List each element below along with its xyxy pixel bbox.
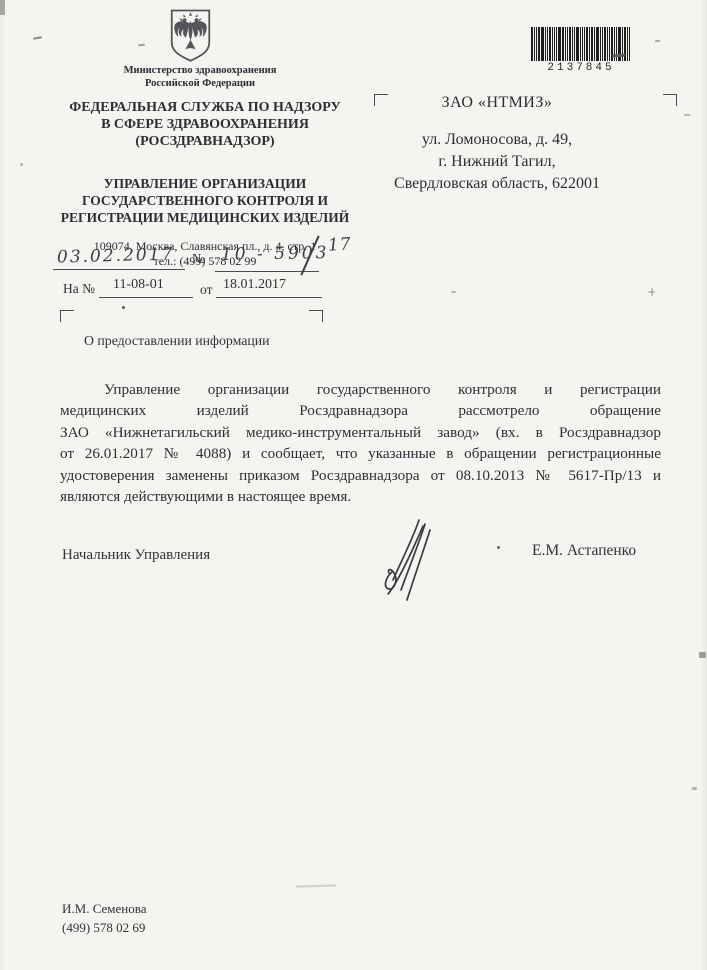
date-underline	[53, 269, 185, 270]
service-line3: (РОСЗДРАВНАДЗОР)	[40, 133, 370, 150]
ink-dot	[122, 306, 125, 309]
body-paragraph: Управление организации государственного …	[60, 379, 661, 507]
reference-date-underline	[216, 297, 322, 298]
department-line3: РЕГИСТРАЦИИ МЕДИЦИНСКИХ ИЗДЕЛИЙ	[40, 209, 370, 226]
ministry-line2: Российской Федерации	[40, 78, 360, 91]
handwritten-number-suffix: 17	[327, 234, 352, 256]
scan-speck	[699, 652, 706, 658]
scanned-letter-page: Министерство здравоохранения Российской …	[0, 0, 707, 970]
body-line: ЗАО «Нижнетагильский медико-инструментал…	[60, 422, 661, 443]
reply-to-label: На №	[63, 281, 95, 297]
reference-date: 18.01.2017	[223, 277, 286, 293]
signer-position: Начальник Управления	[62, 547, 210, 564]
ministry-caption: Министерство здравоохранения Российской …	[40, 65, 360, 90]
scan-speck	[451, 291, 456, 293]
recipient-block: ЗАО «НТМИЗ» ул. Ломоносова, д. 49, г. Ни…	[372, 94, 622, 195]
executor-name: И.М. Семенова	[62, 901, 147, 917]
body-line: от 26.01.2017 № 4088) и сообщает, что ук…	[60, 443, 661, 464]
service-name: ФЕДЕРАЛЬНАЯ СЛУЖБА ПО НАДЗОРУ В СФЕРЕ ЗД…	[40, 99, 370, 150]
scan-speck	[684, 114, 690, 116]
recipient-address-line2: г. Нижний Тагил,	[372, 151, 622, 173]
barcode: 2137845	[531, 27, 631, 74]
service-line2: В СФЕРЕ ЗДРАВООХРАНЕНИЯ	[40, 116, 370, 133]
ministry-line1: Министерство здравоохранения	[40, 65, 360, 78]
handwritten-outgoing-date: 03.02.2017	[57, 244, 175, 267]
scan-speck	[497, 546, 500, 549]
scan-speck	[651, 288, 653, 296]
body-line: являются действующими в настоящее время.	[60, 486, 661, 507]
subject-line: О предоставлении информации	[84, 333, 270, 349]
scan-speck	[692, 787, 697, 790]
reference-number: 11-08-01	[113, 277, 164, 293]
department-line1: УПРАВЛЕНИЕ ОРГАНИЗАЦИИ	[40, 175, 370, 192]
address-zone-corner-right	[309, 310, 323, 322]
signature-autograph	[381, 516, 437, 608]
executor-phone: (499) 578 02 69	[62, 920, 145, 936]
from-label: от	[200, 282, 212, 298]
department-line2: ГОСУДАРСТВЕННОГО КОНТРОЛЯ И	[40, 192, 370, 209]
body-line: удостоверения заменены приказом Росздрав…	[60, 465, 661, 486]
body-line: медицинских изделий Росздравнадзора расс…	[60, 400, 661, 421]
recipient-corner-right	[663, 94, 677, 106]
body-line: Управление организации государственного …	[60, 379, 661, 400]
scan-corner-smudge	[0, 0, 5, 15]
scan-speck	[296, 884, 336, 887]
signer-name: Е.М. Астапенко	[532, 542, 636, 560]
reference-number-underline	[99, 297, 193, 298]
coat-of-arms-icon	[168, 8, 213, 64]
recipient-name: ЗАО «НТМИЗ»	[372, 94, 622, 112]
service-line1: ФЕДЕРАЛЬНАЯ СЛУЖБА ПО НАДЗОРУ	[40, 99, 370, 116]
scan-speck	[655, 40, 660, 42]
recipient-address-line1: ул. Ломоносова, д. 49,	[372, 129, 622, 151]
barcode-digits: 2137845	[531, 62, 631, 74]
recipient-address: ул. Ломоносова, д. 49, г. Нижний Тагил, …	[372, 129, 622, 195]
scan-speck	[33, 36, 42, 40]
address-zone-corner-left	[60, 310, 74, 322]
department-name: УПРАВЛЕНИЕ ОРГАНИЗАЦИИ ГОСУДАРСТВЕННОГО …	[40, 175, 370, 226]
scan-speck	[138, 44, 145, 47]
number-sign-label: №	[192, 252, 205, 268]
recipient-address-line3: Свердловская область, 622001	[372, 173, 622, 195]
scan-speck	[20, 163, 23, 166]
